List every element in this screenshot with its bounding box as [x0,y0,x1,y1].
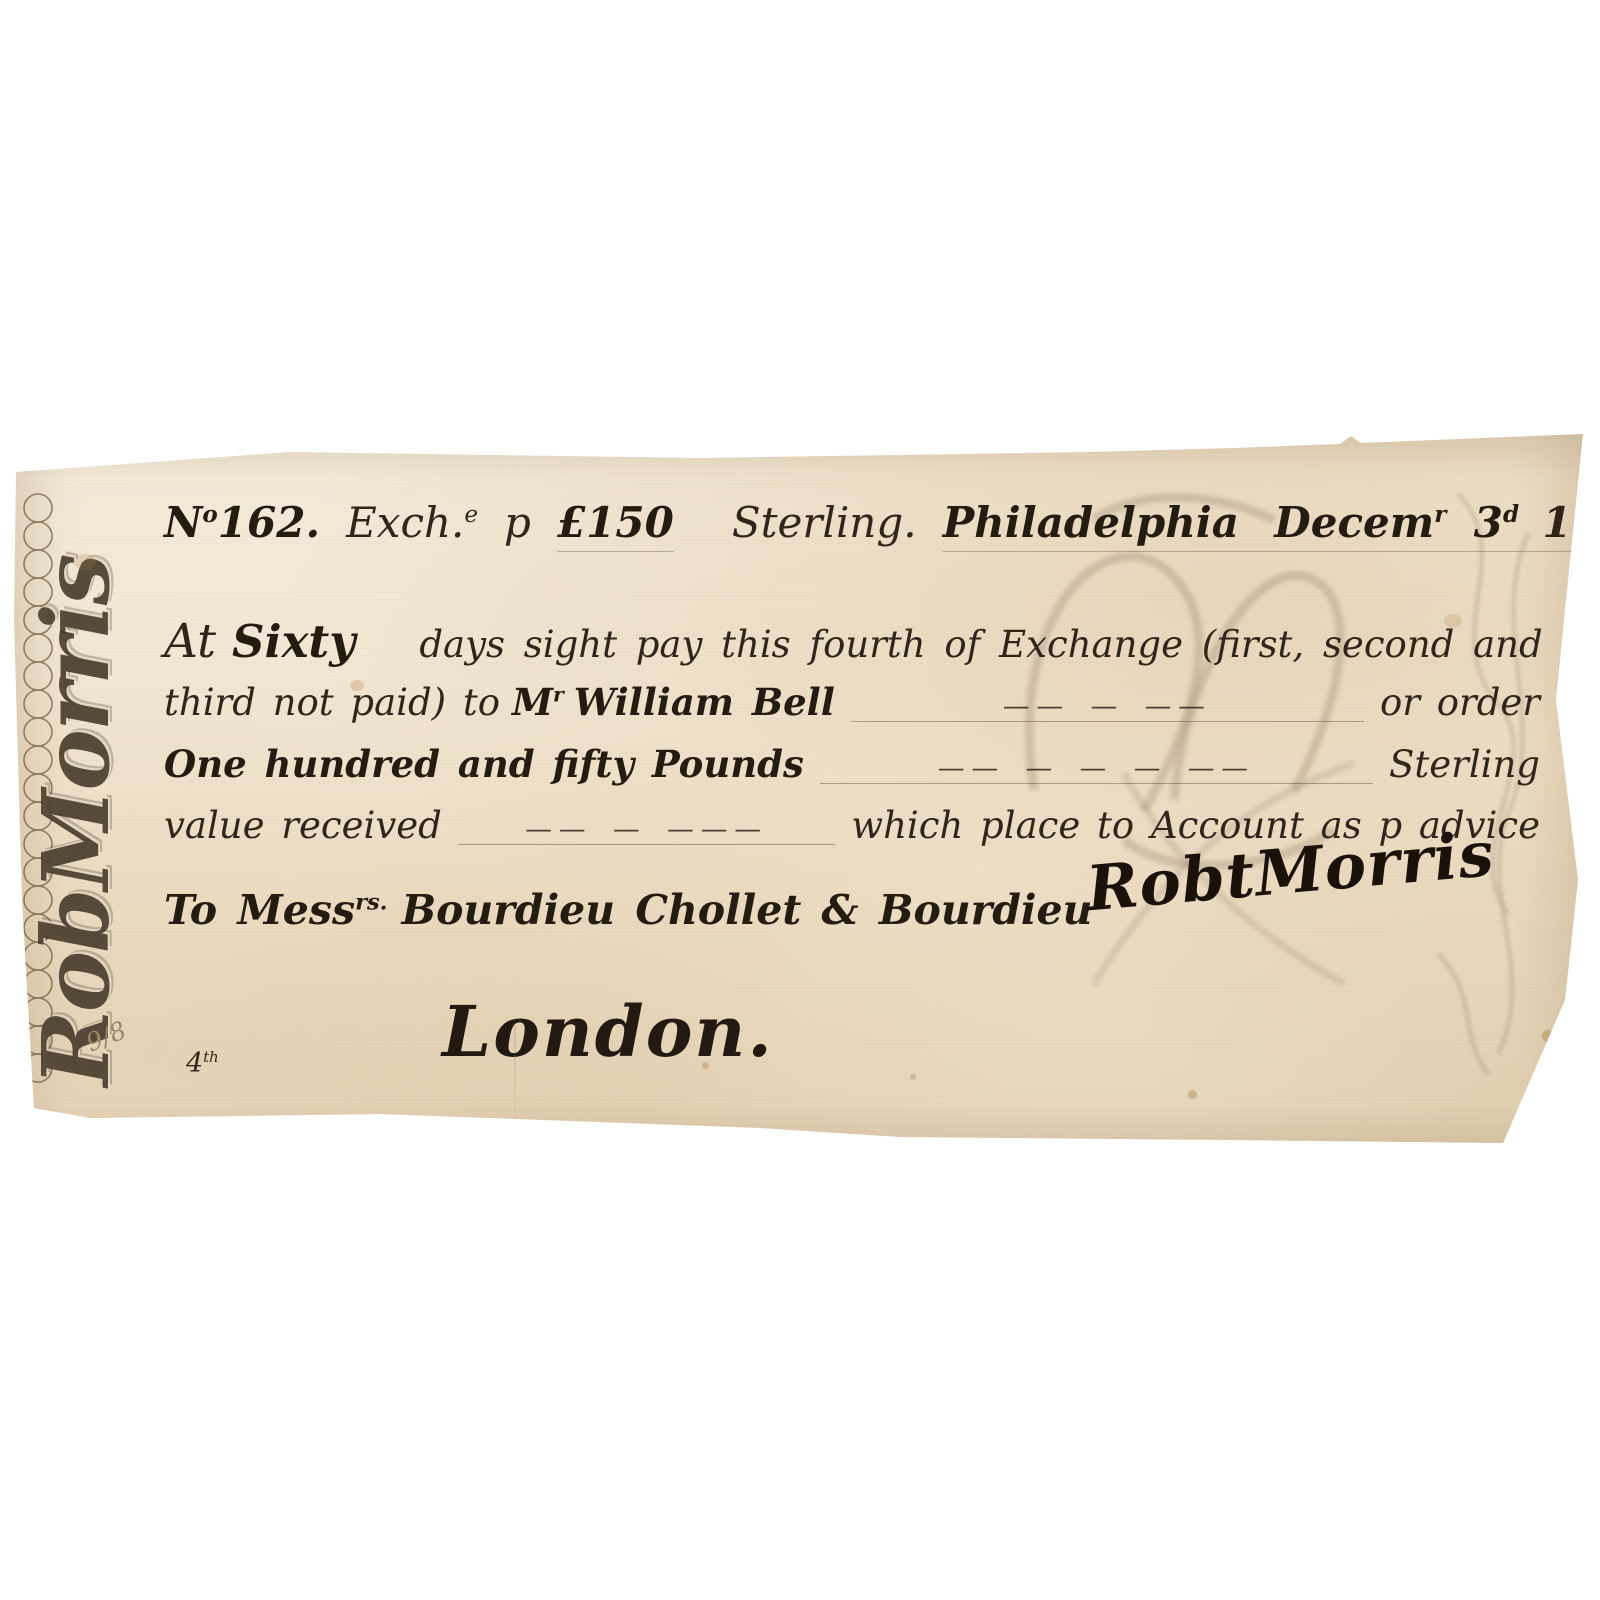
exchange-label: Exch.e [346,498,478,547]
value-ruled-dashes: —— — ——— [458,817,836,845]
bill-number-label: N [164,498,202,547]
payee-title: Mr [512,680,564,724]
sterling-word: Sterling [1389,743,1540,786]
at-label: At [164,614,216,669]
copy-number: 4th [186,1048,219,1079]
amount-ruled-dashes: —— — — — —— [820,756,1373,784]
paper-stain [1072,442,1088,447]
place-date: Philadelphia Decemr 3d 1792 [943,498,1600,552]
value-received-label: value received [164,804,442,847]
copy-number-text: 4 [186,1048,203,1079]
copy-number-sup: th [203,1048,219,1066]
amount-figure: £150 [557,498,674,552]
not-paid-clause: third not paid) to [164,681,500,724]
drawee-to-sup: rs. [355,889,387,915]
exchange-label-sup: e [464,502,478,528]
per-sign: p [504,498,531,547]
sight-clause: days sight pay this fourth of Exchange (… [419,623,1542,666]
date-day: 3 [1474,498,1503,547]
payee-title-sup: r [553,683,564,707]
paper-crease [514,1026,516,1138]
amount-words: One hundred and fifty Pounds [164,742,804,786]
sight-clause-line: At Sixty days sight pay this fourth of E… [164,614,1540,669]
bill-number-value: 162. [218,498,320,547]
sterling-label: Sterling. [732,498,917,547]
paper-stain [1188,1090,1197,1099]
destination-city: London. [442,990,774,1073]
drawee-to-text: To Mess [164,886,355,934]
payee-line: third not paid) to Mr William Bell —— — … [164,680,1540,731]
place-city: Philadelphia [943,498,1239,547]
date-day-sup: d [1503,501,1519,528]
bill-of-exchange-paper: RobMorris No16 [14,434,1586,1160]
payee-name: William Bell [574,680,835,724]
term-days: Sixty [232,615,419,668]
exchange-label-text: Exch. [346,498,464,547]
paper-stain [1542,1030,1554,1042]
payee-title-text: M [512,680,553,724]
drawee-to-label: To Messrs. [164,886,388,934]
drawee-name: Bourdieu Chollet & Bourdieu [402,886,1093,934]
header-line: No162. Exch.e p £150 ~ ~ Sterling. Phila… [164,498,1540,553]
date-month: Decem [1274,498,1434,547]
scan-background: RobMorris No16 [0,0,1600,1600]
date-month-sup: r [1434,501,1446,528]
bill-number-sup: o [202,501,217,528]
payee-ruled-dashes: —— — —— [851,694,1364,722]
bill-number: No162. [164,498,320,547]
or-order-label: or order [1380,681,1540,724]
paper-stain [910,1074,916,1080]
date-year: 1792 [1542,498,1600,547]
amount-words-line: One hundred and fifty Pounds —— — — — ——… [164,742,1540,793]
